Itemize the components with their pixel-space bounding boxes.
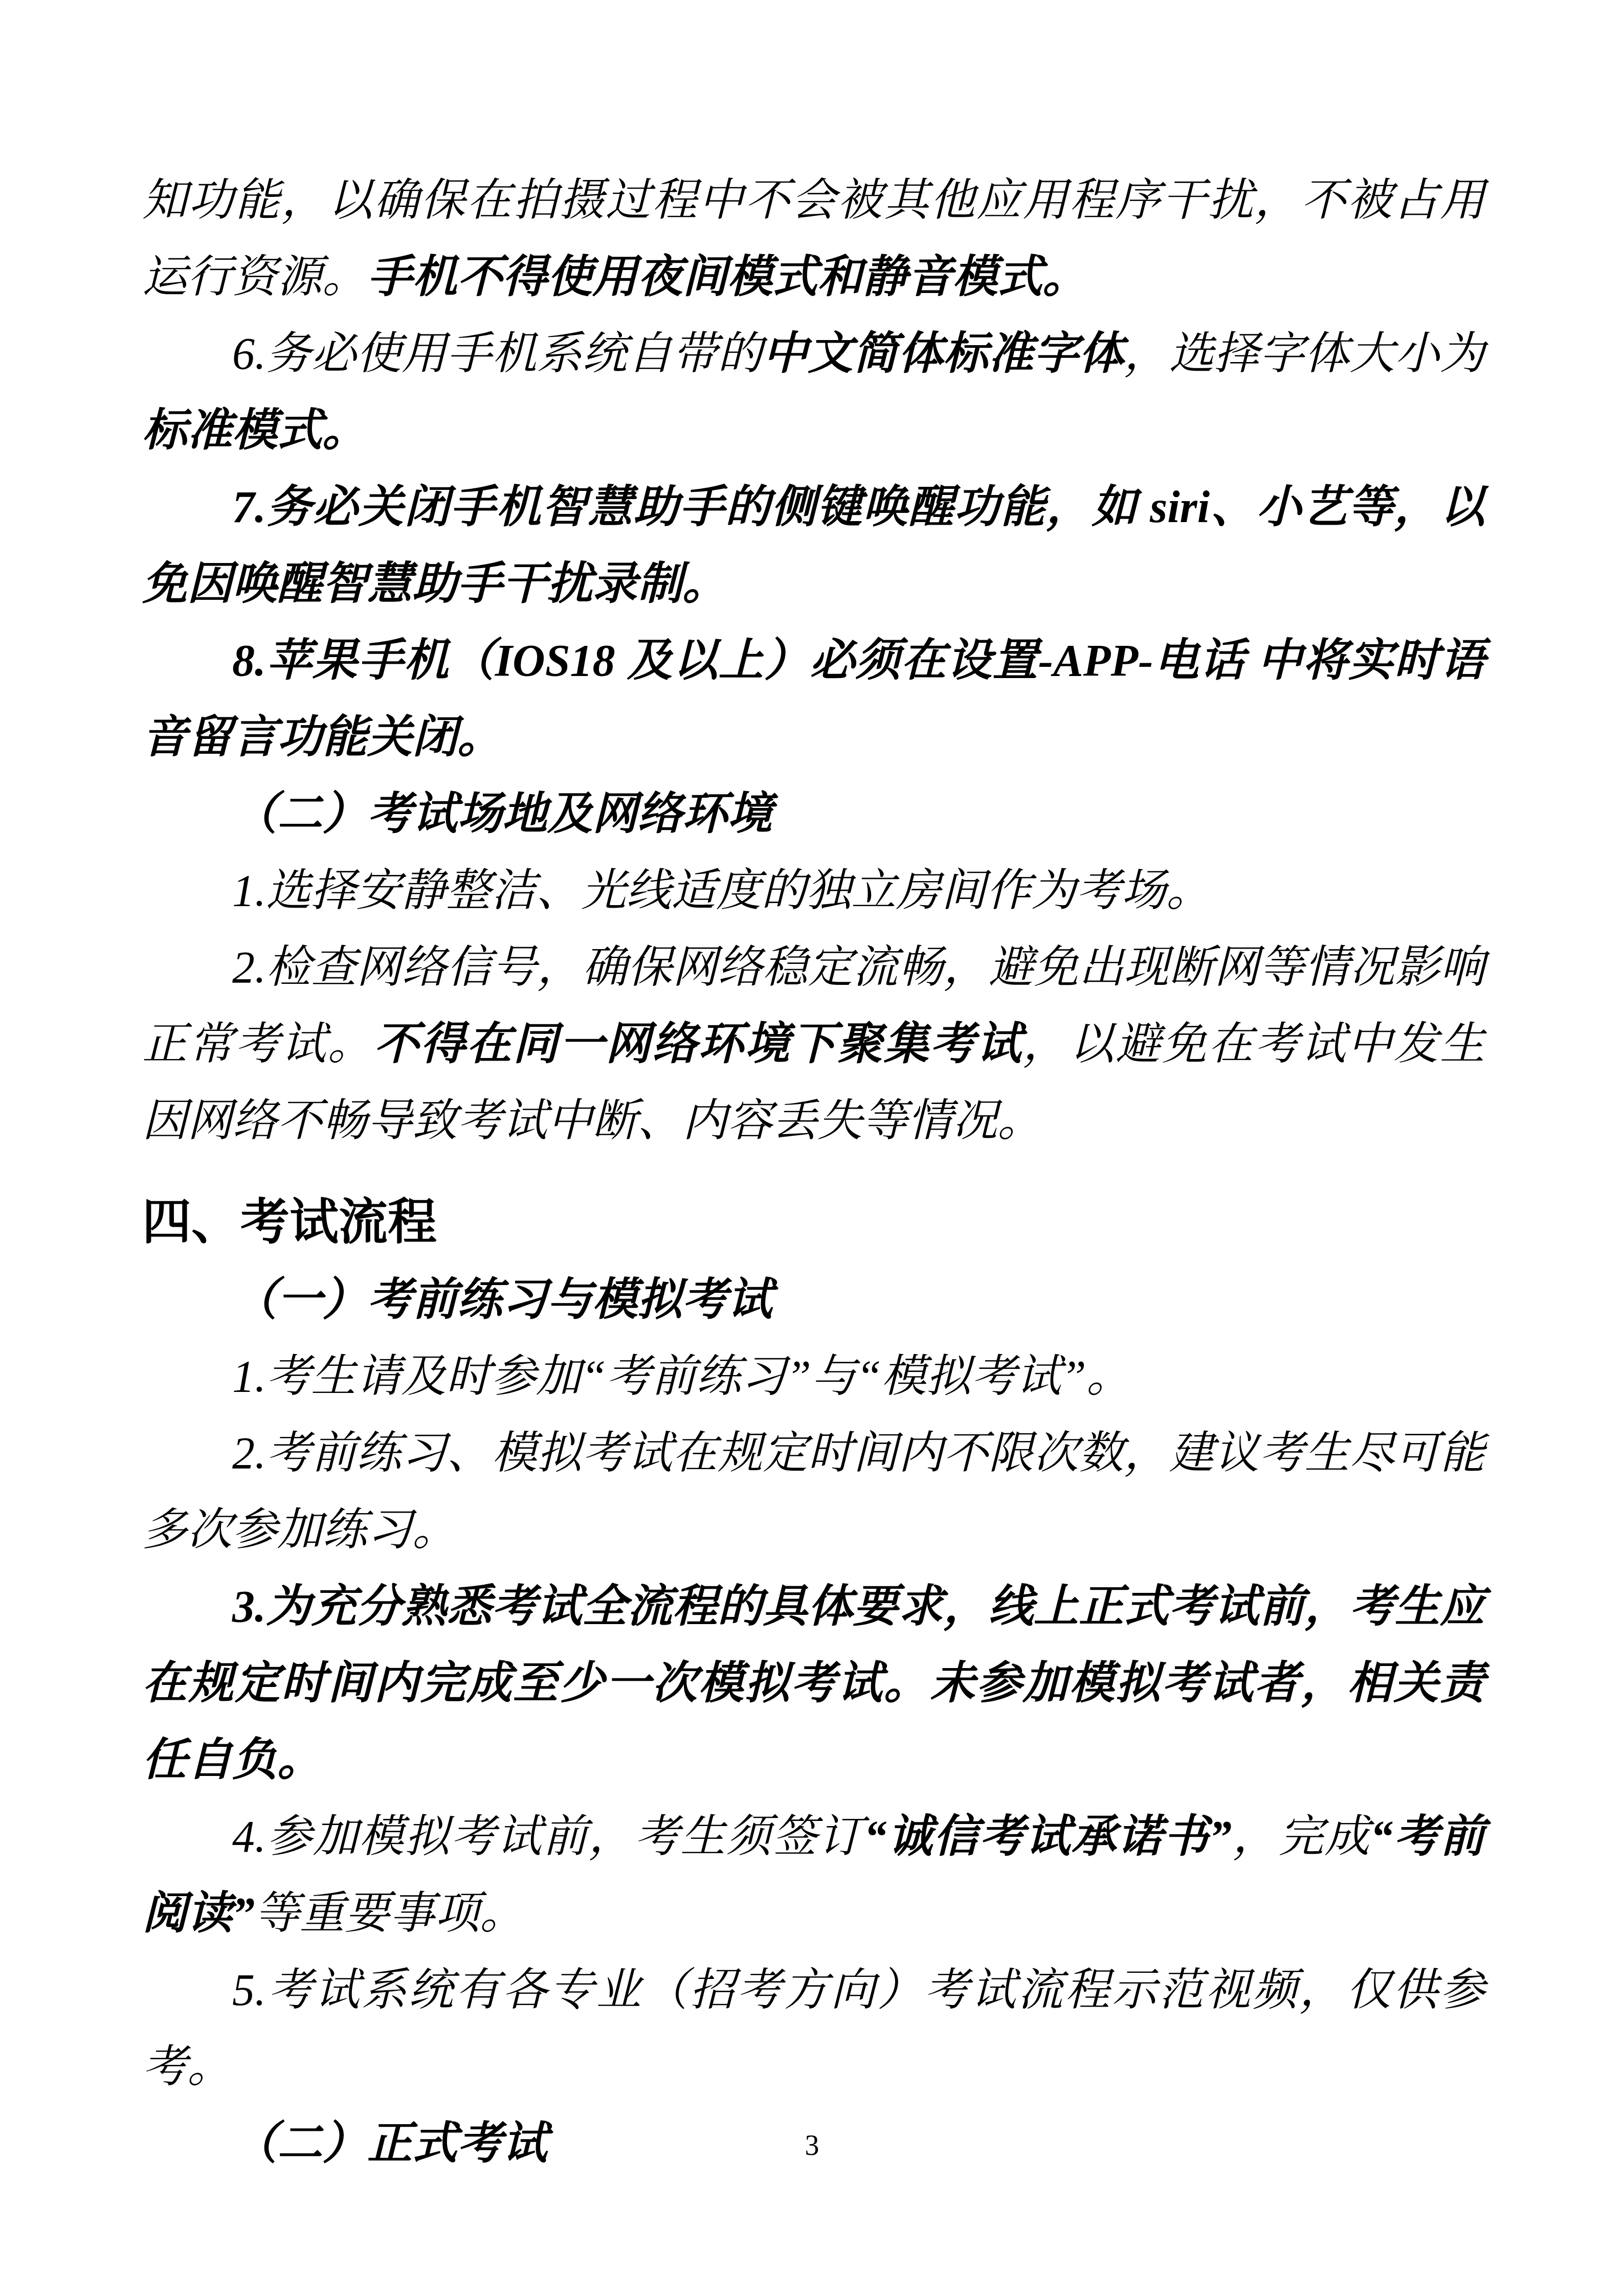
text-run: 1.选择安静整洁、光线适度的独立房间作为考场。	[232, 866, 1211, 916]
text-run: 6.务必使用手机系统自带的	[232, 329, 763, 379]
para-practice-3: 3.为充分熟悉考试全流程的具体要求，线上正式考试前，考生应在规定时间内完成至少一…	[142, 1569, 1485, 1799]
para-venue-2: 2.检查网络信号，确保网络稳定流畅，避免出现断网等情况影响正常考试。不得在同一网…	[142, 930, 1485, 1160]
text-run: ，选择字体大小为	[1124, 329, 1485, 379]
text-run: 4.参加模拟考试前，考生须签订	[232, 1812, 864, 1862]
para-item-7-assistant: 7.务必关闭手机智慧助手的侧键唤醒功能，如 siri、小艺等，以免因唤醒智慧助手…	[142, 469, 1485, 623]
text-run: ，完成	[1232, 1812, 1370, 1862]
para-practice-4: 4.参加模拟考试前，考生须签订“诚信考试承诺书”，完成“考前阅读”等重要事项。	[142, 1799, 1485, 1952]
para-item-6-font: 6.务必使用手机系统自带的中文简体标准字体，选择字体大小为标准模式。	[142, 316, 1485, 469]
text-run: 2.考前练习、模拟考试在规定时间内不限次数，建议考生尽可能多次参加练习。	[142, 1429, 1485, 1555]
document-page: 知功能，以确保在拍摄过程中不会被其他应用程序干扰，不被占用运行资源。手机不得使用…	[0, 0, 1624, 2296]
heading-practice-mock: （一）考前练习与模拟考试	[142, 1262, 1485, 1339]
document-content: 知功能，以确保在拍摄过程中不会被其他应用程序干扰，不被占用运行资源。手机不得使用…	[142, 163, 1485, 2182]
para-practice-1: 1.考生请及时参加“考前练习”与“模拟考试”。	[142, 1339, 1485, 1415]
page-number: 3	[0, 2127, 1624, 2164]
text-run-bold: 不得在同一网络环境下聚集考试	[374, 1020, 1022, 1069]
heading-exam-process: 四、考试流程	[142, 1182, 1485, 1262]
text-run: 等重要事项。	[255, 1889, 525, 1939]
text-run-bold: （二）考试场地及网络环境	[232, 790, 772, 839]
text-run: 5.考试系统有各专业（招考方向）考试流程示范视频，仅供参考。	[142, 1966, 1485, 2092]
text-run-bold: （一）考前练习与模拟考试	[232, 1275, 772, 1325]
text-run-bold: “诚信考试承诺书”	[864, 1812, 1232, 1862]
para-item-8-ios: 8.苹果手机（IOS18 及以上）必须在设置-APP-电话 中将实时语音留言功能…	[142, 623, 1485, 776]
text-run-bold: 四、考试流程	[142, 1195, 437, 1249]
para-phone-settings-continued: 知功能，以确保在拍摄过程中不会被其他应用程序干扰，不被占用运行资源。手机不得使用…	[142, 163, 1485, 316]
text-run-bold: 3.为充分熟悉考试全流程的具体要求，线上正式考试前，考生应在规定时间内完成至少一…	[142, 1582, 1485, 1785]
text-run: 1.考生请及时参加“考前练习”与“模拟考试”。	[232, 1352, 1131, 1402]
text-run-bold: 标准模式。	[142, 406, 367, 456]
para-practice-2: 2.考前练习、模拟考试在规定时间内不限次数，建议考生尽可能多次参加练习。	[142, 1415, 1485, 1569]
text-run-bold: 手机不得使用夜间模式和静音模式。	[367, 253, 1087, 302]
para-venue-1: 1.选择安静整洁、光线适度的独立房间作为考场。	[142, 853, 1485, 930]
heading-venue-network: （二）考试场地及网络环境	[142, 776, 1485, 853]
para-practice-5: 5.考试系统有各专业（招考方向）考试流程示范视频，仅供参考。	[142, 1952, 1485, 2106]
text-run-bold: 7.务必关闭手机智慧助手的侧键唤醒功能，如 siri、小艺等，以免因唤醒智慧助手…	[142, 483, 1485, 609]
text-run-bold: 中文简体标准字体	[763, 329, 1124, 379]
text-run-bold: 8.苹果手机（IOS18 及以上）必须在设置-APP-电话 中将实时语音留言功能…	[142, 636, 1485, 762]
